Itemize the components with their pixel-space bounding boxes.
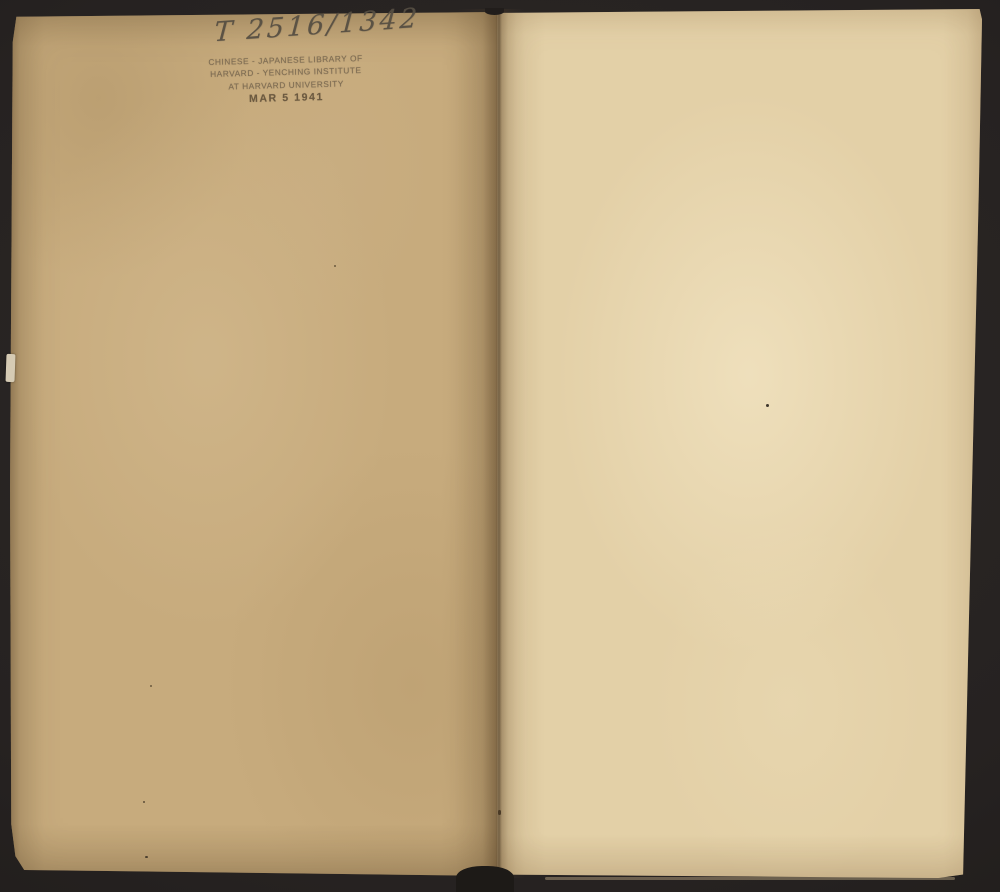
gutter-notch-bottom [456, 866, 514, 892]
paper-speck [150, 685, 152, 687]
paper-speck [145, 856, 148, 858]
spine-edge-label-remnant [6, 354, 16, 382]
left-page [10, 12, 500, 876]
page-stack-edge-highlight [545, 877, 955, 880]
paper-speck [766, 404, 769, 407]
paper-speck [334, 265, 336, 267]
gutter-notch-top [485, 8, 504, 15]
book-scan: T 2516/1342 CHINESE - JAPANESE LIBRARY O… [0, 0, 1000, 892]
paper-speck [143, 801, 145, 803]
library-stamp: CHINESE - JAPANESE LIBRARY OF HARVARD - … [197, 52, 374, 106]
paper-speck [498, 810, 501, 815]
right-page [497, 9, 982, 878]
